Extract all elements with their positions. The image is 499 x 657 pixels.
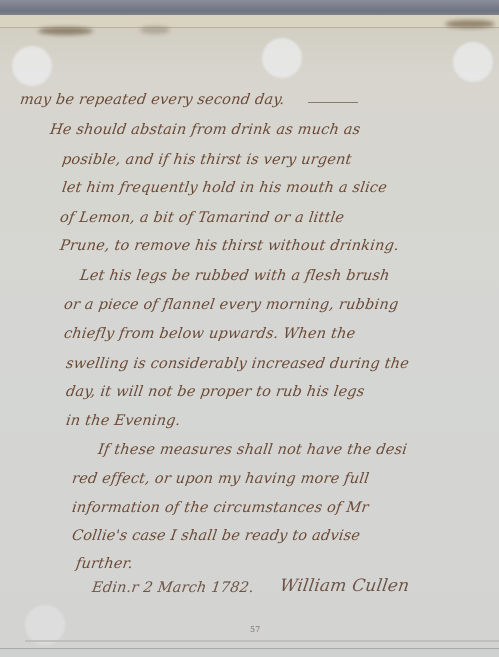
letter-line: day, it will not be proper to rub his le… bbox=[65, 384, 366, 400]
letter-line: If these measures shall not have the des… bbox=[97, 442, 408, 458]
letter-line: let him frequently hold in his mouth a s… bbox=[61, 180, 388, 196]
letter-line: Collie's case I shall be ready to advise bbox=[71, 528, 361, 544]
glue-stain bbox=[38, 27, 93, 35]
glue-stain bbox=[140, 26, 170, 34]
hinge-mark bbox=[453, 42, 493, 82]
letter-line: chiefly from below upwards. When the bbox=[63, 326, 357, 342]
scan-bottom-edge bbox=[0, 648, 499, 657]
place-date: Edin.r 2 March 1782. bbox=[91, 580, 255, 596]
letter-line: further. bbox=[75, 556, 134, 572]
letter-line: Prune, to remove his thirst without drin… bbox=[59, 238, 400, 254]
letter-line: red effect, or upon my having more full bbox=[71, 471, 370, 487]
paper-bottom-fold bbox=[25, 640, 499, 642]
letter-line: Let his legs be rubbed with a flesh brus… bbox=[79, 268, 391, 284]
folio-mark: 57 bbox=[250, 625, 260, 634]
letter-line: He should abstain from drink as much as bbox=[49, 122, 362, 138]
letter-line: posible, and if his thirst is very urgen… bbox=[61, 152, 353, 168]
letter-line: swelling is considerably increased durin… bbox=[65, 356, 410, 372]
letter-line: may be repeated every second day. bbox=[19, 92, 286, 108]
letter-line: of Lemon, a bit of Tamarind or a little bbox=[59, 210, 345, 226]
letter-line: in the Evening. bbox=[65, 413, 182, 429]
scan-mount-edge bbox=[0, 0, 499, 15]
hinge-mark bbox=[262, 38, 302, 78]
glue-stain bbox=[445, 20, 495, 28]
letter-line: information of the circumstances of Mr bbox=[71, 500, 370, 516]
paper-top-fold bbox=[0, 15, 499, 28]
hinge-mark bbox=[12, 46, 52, 86]
hinge-mark bbox=[25, 605, 65, 645]
letter-line: or a piece of flannel every morning, rub… bbox=[63, 297, 400, 313]
flourish-rule bbox=[308, 102, 358, 103]
signature: William Cullen bbox=[279, 576, 411, 596]
